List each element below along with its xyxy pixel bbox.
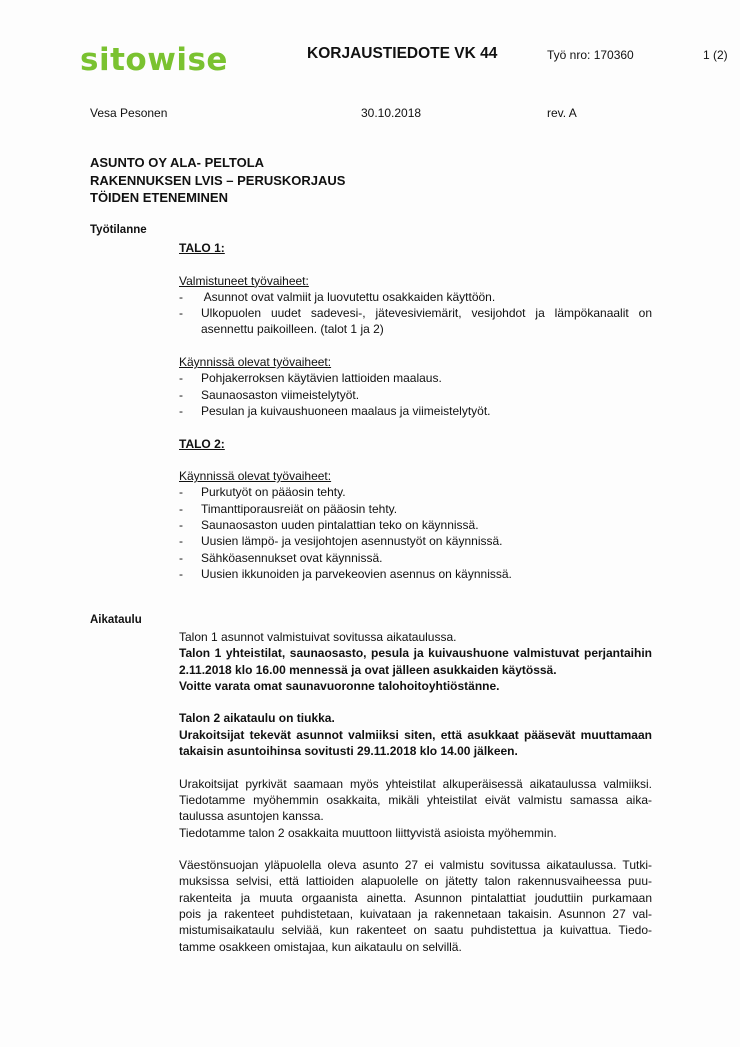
document-heading: ASUNTO OY ALA- PELTOLA RAKENNUKSEN LVIS … <box>90 154 345 207</box>
list-item: -Saunaosaston uuden pintalattian teko on… <box>179 517 652 533</box>
schedule-paragraph: Talon 1 asunnot valmistuivat sovitussa a… <box>179 629 652 645</box>
document-date: 30.10.2018 <box>361 105 421 121</box>
list-item-continuation: asennettu paikoilleen. (talot 1 ja 2) <box>179 321 652 337</box>
list-item: - Ulkopuolen uudet sadevesi-, jätevesivi… <box>179 305 652 321</box>
schedule-bold-line: takaisin asuntoihinsa sovitusti 29.11.20… <box>179 743 652 759</box>
schedule-line: rakenteita ja muuta orgaanista ainetta. … <box>179 890 652 906</box>
list-item: -Pesulan ja kuivaushuoneen maalaus ja vi… <box>179 403 652 419</box>
schedule-line: tamme osakkeen omistajaa, kun aikataulu … <box>179 939 652 955</box>
list-item: -Uusien ikkunoiden ja parvekeovien asenn… <box>179 566 652 582</box>
list-item: -Purkutyöt on pääosin tehty. <box>179 484 652 500</box>
heading-line: ASUNTO OY ALA- PELTOLA <box>90 154 345 172</box>
schedule-line: taulussa asuntojen kanssa. <box>179 808 652 824</box>
heading-line: RAKENNUKSEN LVIS – PERUSKORJAUS <box>90 172 345 190</box>
schedule-line: mistumisaikataulu selviää, kun rakenteet… <box>179 922 652 938</box>
heading-line: TÖIDEN ETENEMINEN <box>90 189 345 207</box>
talo1-ongoing-heading: Käynnissä olevat työvaiheet: <box>179 354 652 370</box>
revision: rev. A <box>547 105 577 121</box>
section-label-work-status: Työtilanne <box>90 224 147 236</box>
schedule-line: Väestönsuojan yläpuolella oleva asunto 2… <box>179 857 652 873</box>
talo2-ongoing-heading: Käynnissä olevat työvaiheet: <box>179 468 652 484</box>
section-label-schedule: Aikataulu <box>90 614 142 626</box>
work-number: Työ nro: 170360 <box>547 47 634 63</box>
list-item: -Pohjakerroksen käytävien lattioiden maa… <box>179 370 652 386</box>
talo2-heading: TALO 2: <box>179 436 652 452</box>
work-status-section: TALO 1: Valmistuneet työvaiheet: - Asunn… <box>179 240 652 582</box>
document-title: KORJAUSTIEDOTE VK 44 <box>307 44 497 64</box>
schedule-bold-line: Talon 1 yhteistilat, saunaosasto, pesula… <box>179 645 652 661</box>
author: Vesa Pesonen <box>90 105 167 121</box>
page-number: 1 (2) <box>703 47 728 63</box>
schedule-section: Talon 1 asunnot valmistuivat sovitussa a… <box>179 629 652 955</box>
talo1-heading: TALO 1: <box>179 240 652 256</box>
schedule-line: Tiedotamme myöhemmin osakkaita, mikäli y… <box>179 792 652 808</box>
schedule-bold-line: Urakoitsijat tekevät asunnot valmiiksi s… <box>179 727 652 743</box>
company-logo: sitowise <box>80 40 228 80</box>
talo1-completed-heading: Valmistuneet työvaiheet: <box>179 273 652 289</box>
schedule-bold-line: 2.11.2018 klo 16.00 mennessä ja ovat jäl… <box>179 662 652 678</box>
schedule-line: Tiedotamme talon 2 osakkaita muuttoon li… <box>179 825 652 841</box>
list-item: -Saunaosaston viimeistelytyöt. <box>179 387 652 403</box>
list-item: -Timanttiporausreiät on pääosin tehty. <box>179 501 652 517</box>
schedule-line: Urakoitsijat pyrkivät saamaan myös yhtei… <box>179 776 652 792</box>
schedule-bold-line: Voitte varata omat saunavuoronne talohoi… <box>179 678 652 694</box>
schedule-line: muksissa selvisi, että lattioiden alapuo… <box>179 873 652 889</box>
list-item: - Asunnot ovat valmiit ja luovutettu osa… <box>179 289 652 305</box>
schedule-line: pois ja rakenteet puhdistetaan, kuivataa… <box>179 906 652 922</box>
list-item: -Uusien lämpö- ja vesijohtojen asennusty… <box>179 533 652 549</box>
schedule-bold-line: Talon 2 aikataulu on tiukka. <box>179 710 652 726</box>
list-item: -Sähköasennukset ovat käynnissä. <box>179 550 652 566</box>
